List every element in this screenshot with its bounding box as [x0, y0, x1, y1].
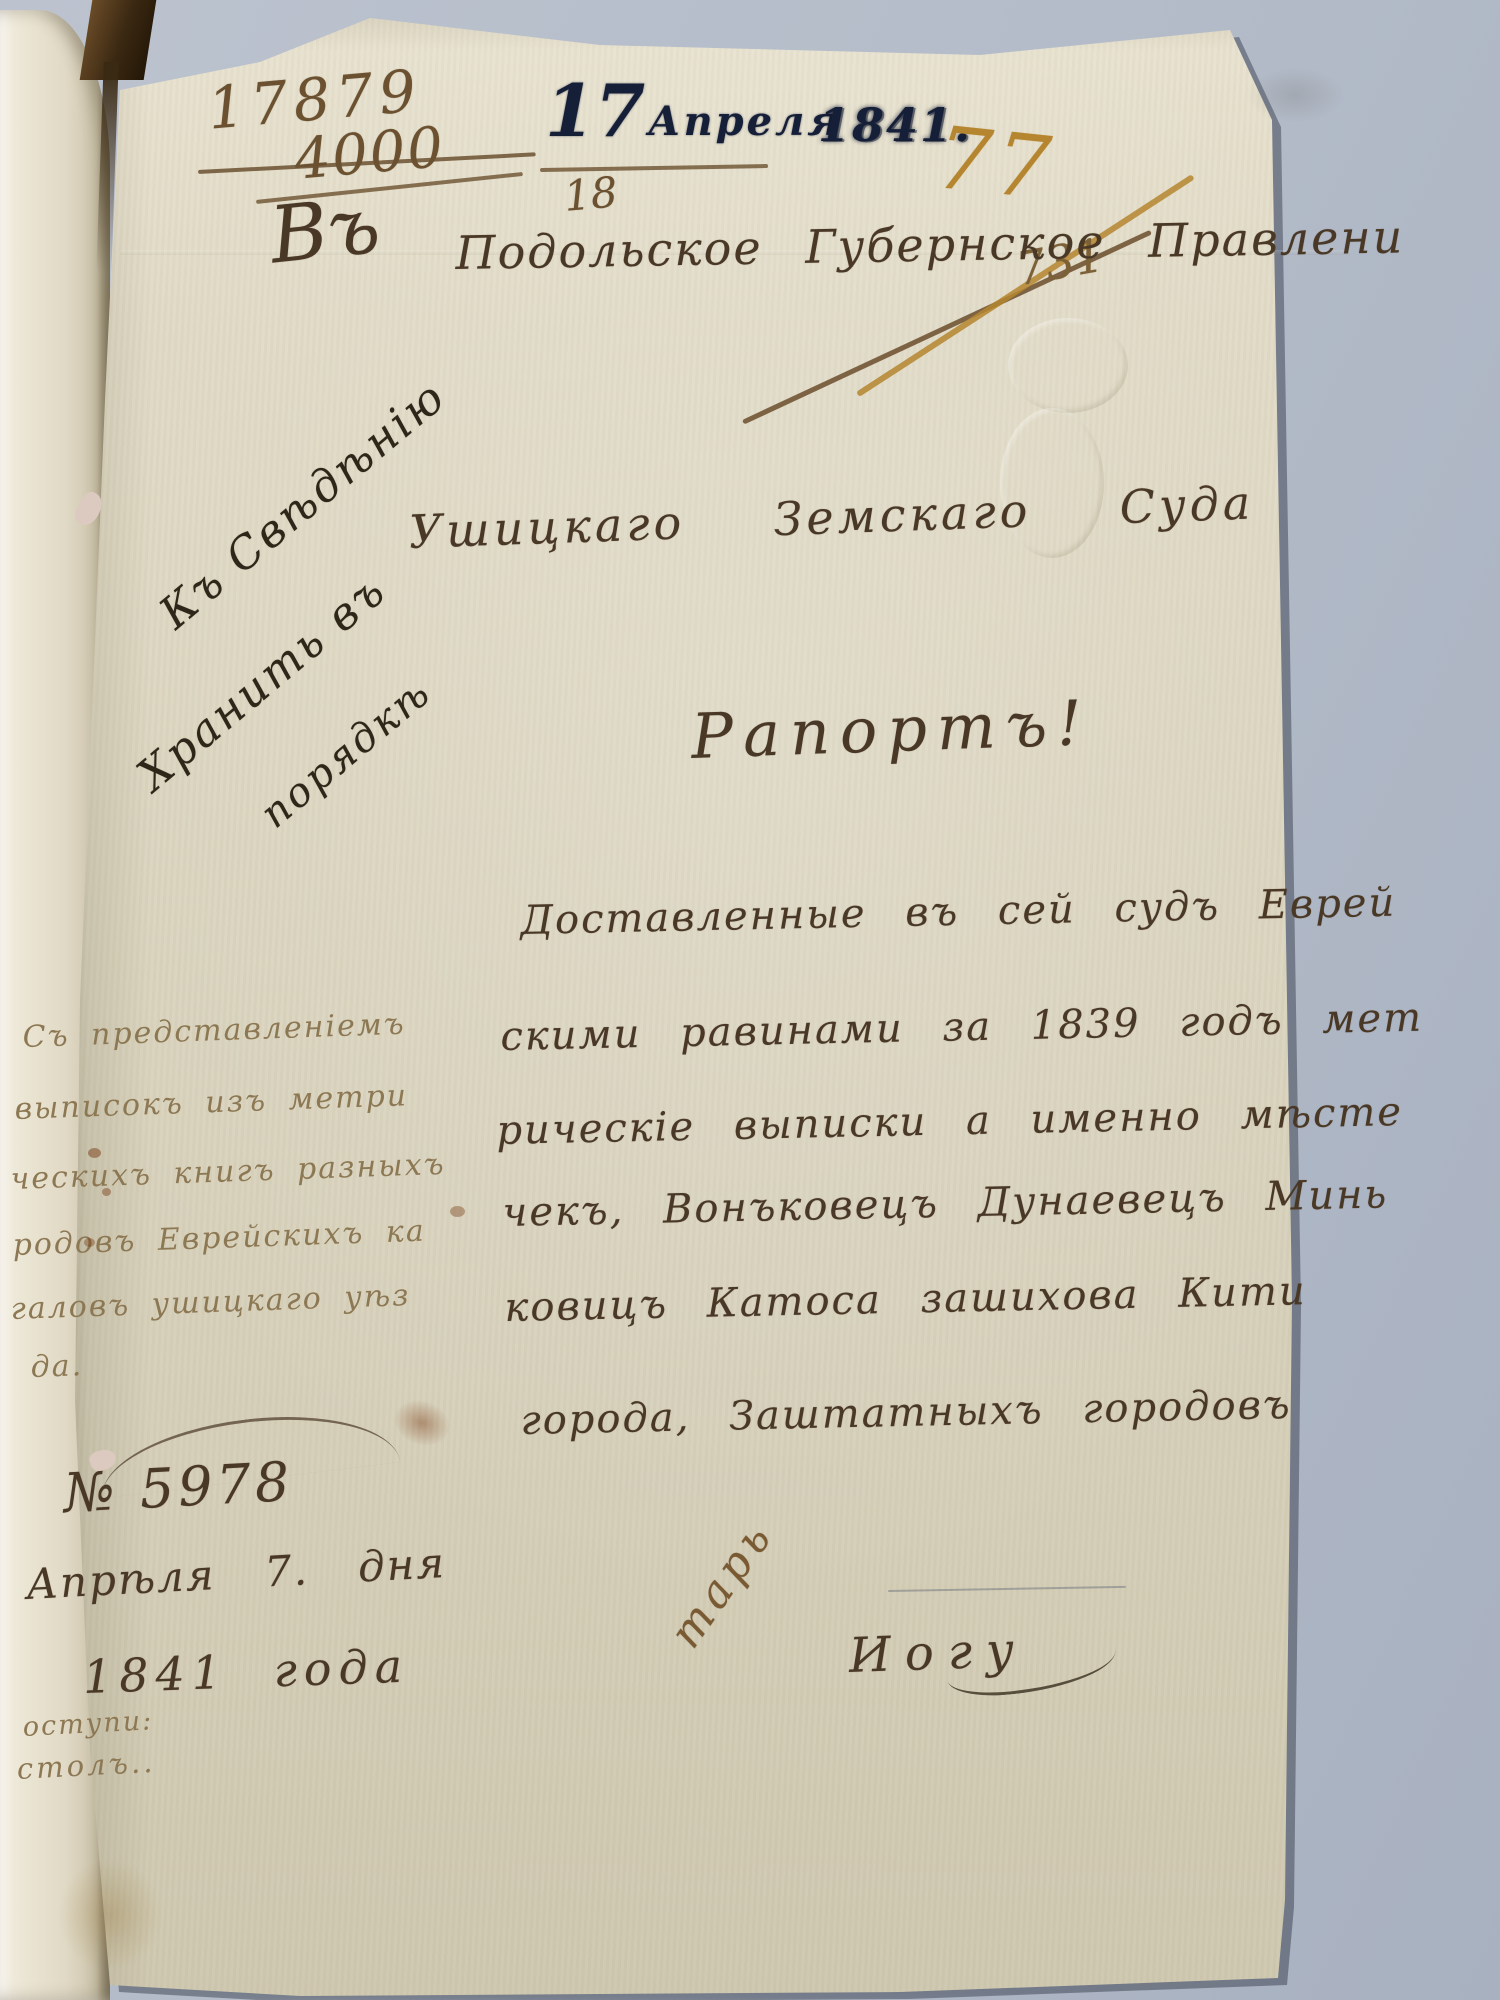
fraction-lower-number: 18 [562, 167, 620, 220]
report-title: Рапортъ! [690, 686, 1093, 773]
archival-document-photo: 17879 4000 17 Апреля 1841. 18 77 731 Въ … [0, 0, 1500, 2000]
speck [84, 1238, 95, 1247]
speck [102, 1188, 111, 1196]
date-stamp-month: Апреля [648, 98, 842, 145]
date-stamp-day: 17 [545, 68, 645, 153]
received-note-line: столъ.. [16, 1745, 156, 1786]
addressee-prefix: Въ [266, 181, 384, 282]
paper-stain [40, 1840, 180, 1990]
corner-smudge [1230, 58, 1360, 132]
margin-note-line: да. [30, 1348, 84, 1385]
speck [450, 1206, 465, 1217]
embossed-seal-icon [1008, 318, 1128, 413]
docket-year: 1841 года [82, 1639, 410, 1704]
crossed-out-number: 77 [932, 108, 1059, 220]
speck [88, 1148, 101, 1158]
